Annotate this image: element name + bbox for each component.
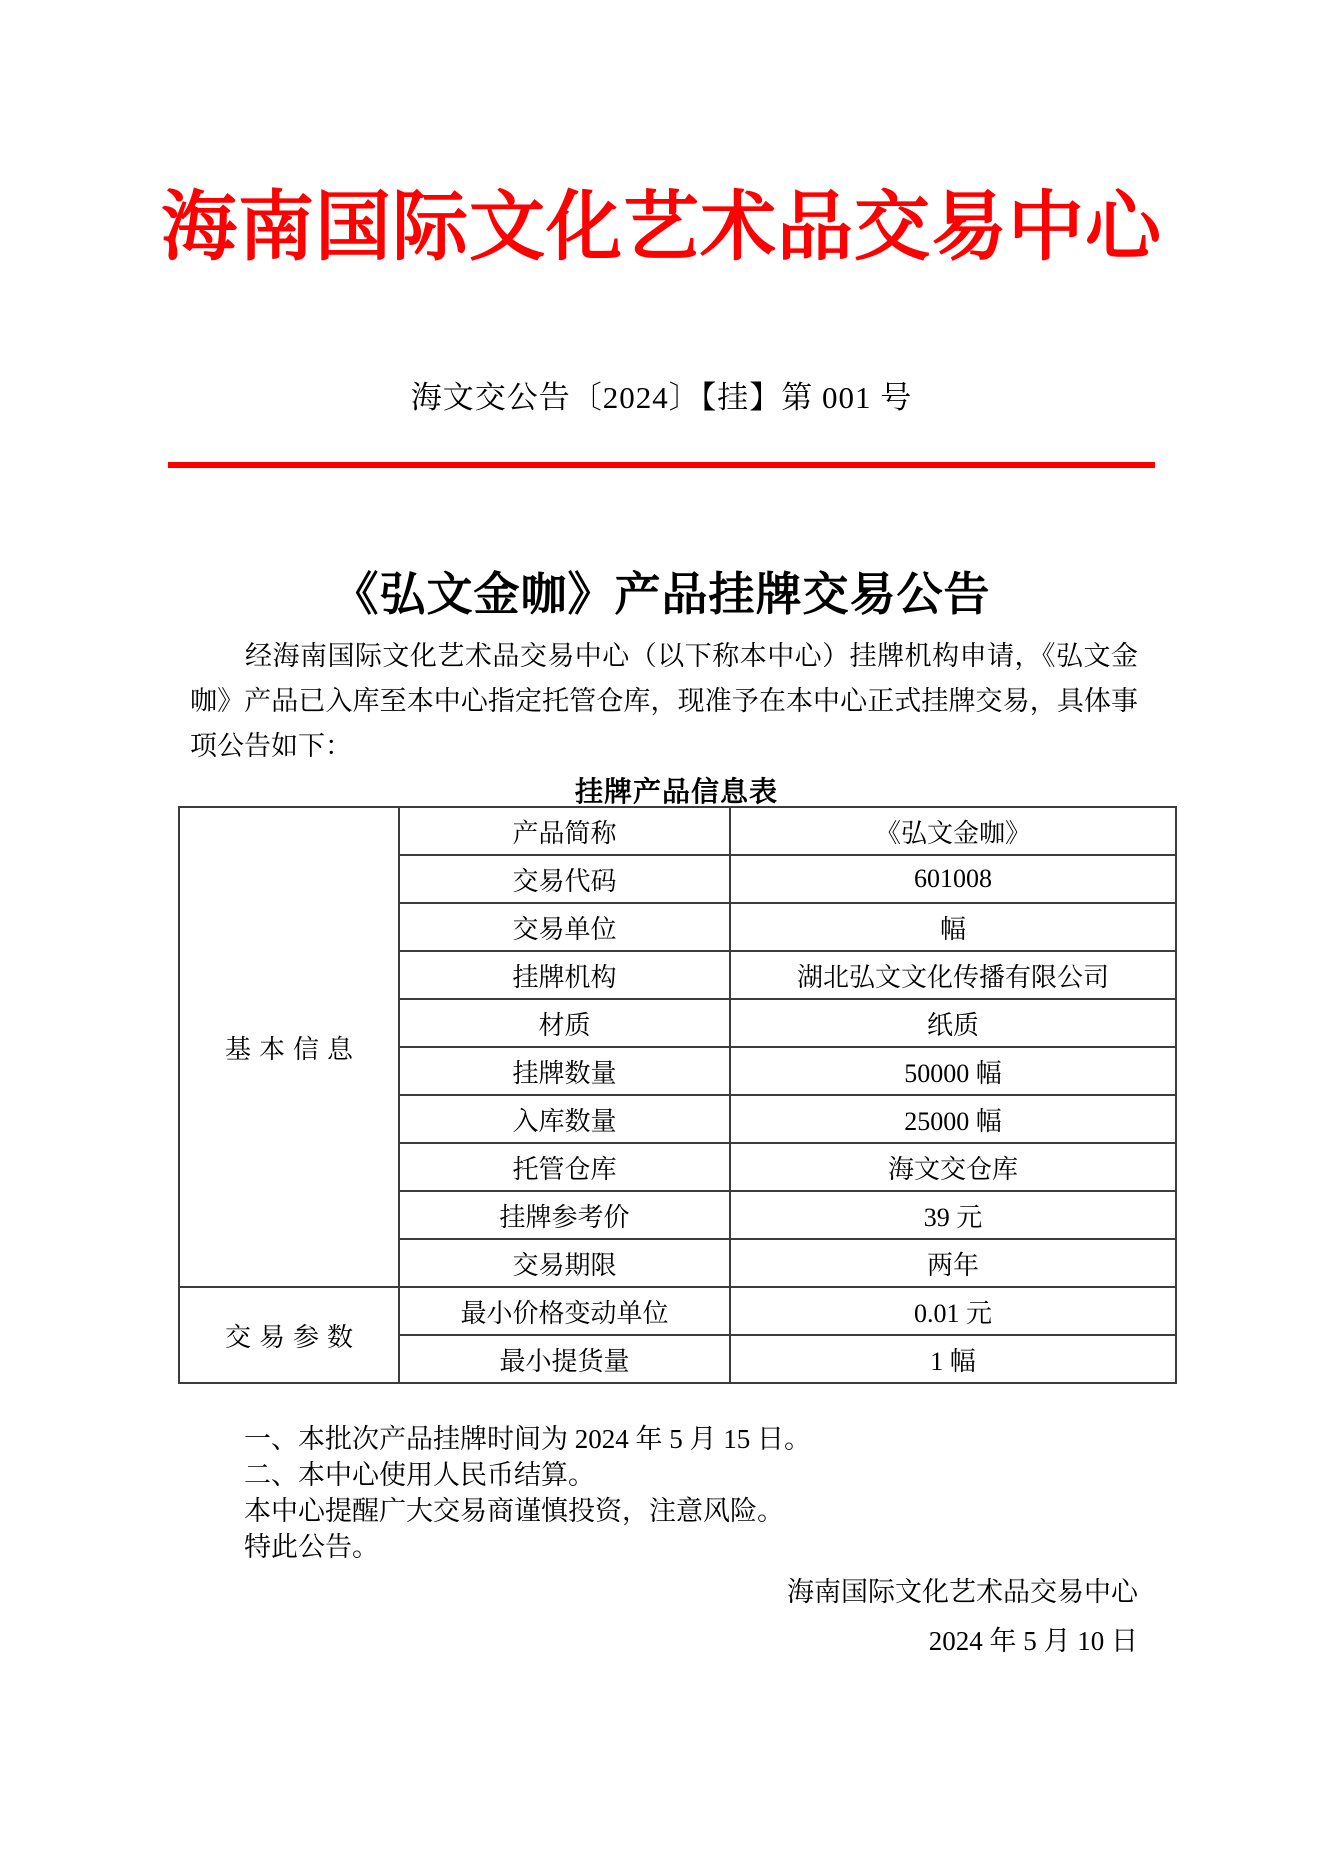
announcement-title: 《弘文金咖》产品挂牌交易公告 — [0, 558, 1323, 624]
cell-listing-quantity-value: 50000 幅 — [730, 1047, 1176, 1095]
cell-min-delivery-quantity-value: 1 幅 — [730, 1335, 1176, 1383]
note-risk-warning: 本中心提醒广大交易商谨慎投资，注意风险。 — [244, 1493, 1138, 1529]
cell-listing-quantity-label: 挂牌数量 — [399, 1047, 730, 1095]
org-title: 海南国际文化艺术品交易中心 — [0, 166, 1323, 275]
cell-material-value: 纸质 — [730, 999, 1176, 1047]
note-hereby-announced: 特此公告。 — [244, 1529, 1138, 1565]
cell-trading-unit-value: 幅 — [730, 903, 1176, 951]
cell-reference-price-label: 挂牌参考价 — [399, 1191, 730, 1239]
signature-org: 海南国际文化艺术品交易中心 — [190, 1570, 1138, 1609]
cell-custody-warehouse-label: 托管仓库 — [399, 1143, 730, 1191]
group-cell-basic-info: 基本信息 — [179, 807, 399, 1287]
cell-product-short-name-label: 产品简称 — [399, 807, 730, 855]
table-title: 挂牌产品信息表 — [178, 770, 1175, 810]
cell-reference-price-value: 39 元 — [730, 1191, 1176, 1239]
note-settlement-currency: 二、本中心使用人民币结算。 — [244, 1457, 1138, 1493]
cell-inbound-quantity-label: 入库数量 — [399, 1095, 730, 1143]
signature-date: 2024 年 5 月 10 日 — [190, 1619, 1138, 1658]
table-row: 交易参数 最小价格变动单位 0.01 元 — [179, 1287, 1176, 1335]
doc-number: 海文交公告〔2024〕【挂】第 001 号 — [0, 372, 1323, 417]
cell-trading-code-value: 601008 — [730, 855, 1176, 903]
note-listing-date: 一、本批次产品挂牌时间为 2024 年 5 月 15 日。 — [244, 1421, 1138, 1457]
cell-trading-period-value: 两年 — [730, 1239, 1176, 1287]
cell-material-label: 材质 — [399, 999, 730, 1047]
cell-listing-institution-value: 湖北弘文文化传播有限公司 — [730, 951, 1176, 999]
cell-inbound-quantity-value: 25000 幅 — [730, 1095, 1176, 1143]
table-row: 基本信息 产品简称 《弘文金咖》 — [179, 807, 1176, 855]
intro-paragraph: 经海南国际文化艺术品交易中心（以下称本中心）挂牌机构申请，《弘文金咖》产品已入库… — [190, 634, 1138, 769]
cell-trading-period-label: 交易期限 — [399, 1239, 730, 1287]
notes-block: 一、本批次产品挂牌时间为 2024 年 5 月 15 日。 二、本中心使用人民币… — [244, 1421, 1138, 1565]
group-cell-trading-params: 交易参数 — [179, 1287, 399, 1383]
cell-trading-code-label: 交易代码 — [399, 855, 730, 903]
cell-min-price-change-label: 最小价格变动单位 — [399, 1287, 730, 1335]
cell-min-delivery-quantity-label: 最小提货量 — [399, 1335, 730, 1383]
red-divider-line — [168, 462, 1155, 468]
document-page: 海南国际文化艺术品交易中心 海文交公告〔2024〕【挂】第 001 号 《弘文金… — [0, 0, 1323, 1871]
cell-listing-institution-label: 挂牌机构 — [399, 951, 730, 999]
cell-product-short-name-value: 《弘文金咖》 — [730, 807, 1176, 855]
cell-custody-warehouse-value: 海文交仓库 — [730, 1143, 1176, 1191]
cell-min-price-change-value: 0.01 元 — [730, 1287, 1176, 1335]
product-info-table: 基本信息 产品简称 《弘文金咖》 交易代码 601008 交易单位 幅 挂牌机构… — [178, 806, 1177, 1384]
cell-trading-unit-label: 交易单位 — [399, 903, 730, 951]
